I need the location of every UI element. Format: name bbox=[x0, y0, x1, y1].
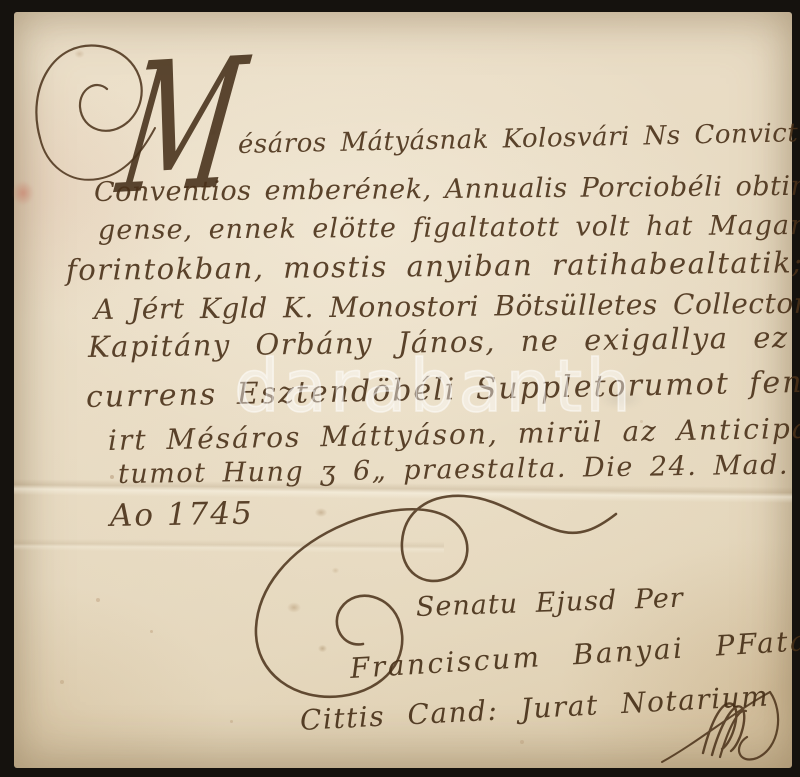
date-anno-line: Ao 1745 bbox=[110, 495, 254, 534]
watermark: darabanth bbox=[234, 344, 634, 428]
scanned-document-photo: M ésáros Mátyásnak Kolosvári Ns Convictu… bbox=[0, 0, 800, 777]
manuscript-line: A Jért Kgld K. Monostori Bötsülletes Col… bbox=[94, 287, 800, 326]
manuscript-line: Conventios emberének, Annualis Porciobél… bbox=[94, 171, 800, 208]
manuscript-line: gense, ennek elötte figaltatott volt hat… bbox=[98, 210, 800, 246]
